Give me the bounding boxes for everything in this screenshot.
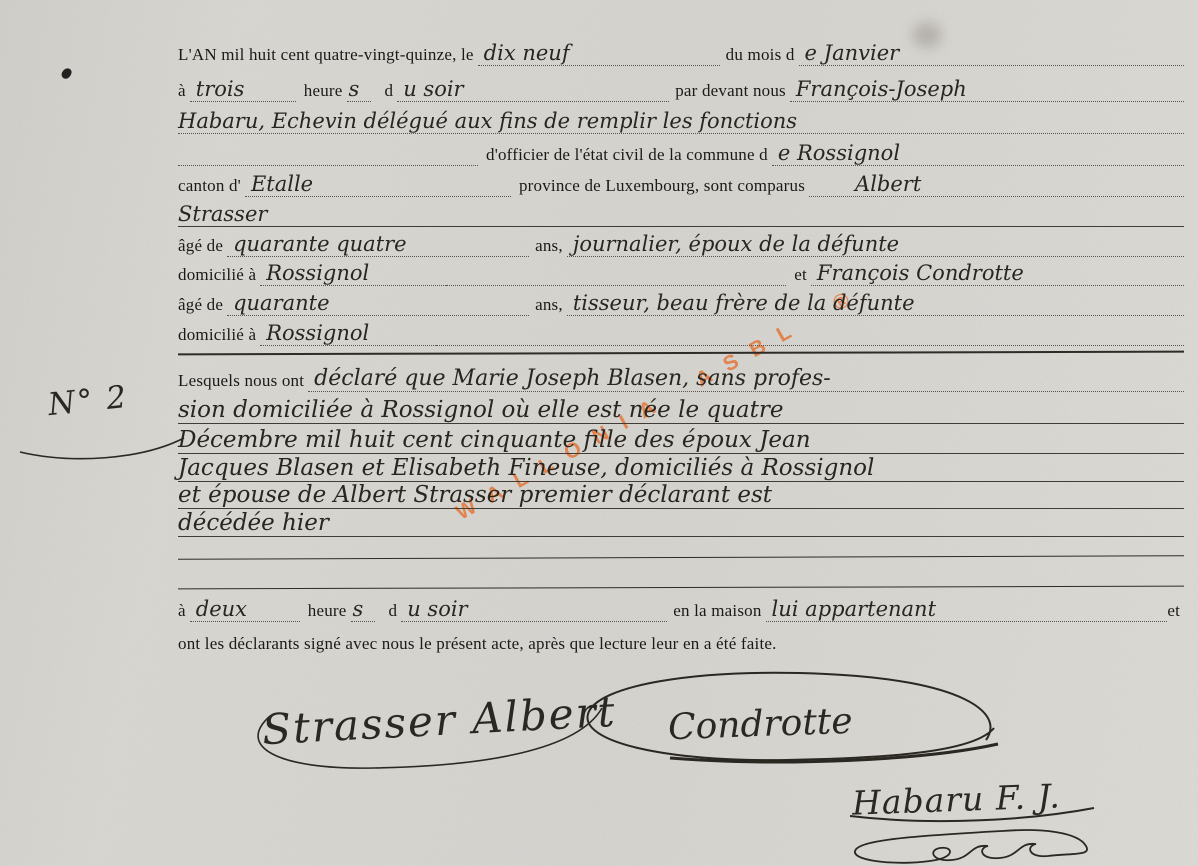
death-record-scan-page: WALLONIA ASBL ® N° 2 L'AN mil huit cent … [0, 0, 1198, 866]
printed-closing-sentence: ont les déclarants signé avec nous le pr… [178, 634, 781, 655]
printed-segment: heure [308, 601, 351, 622]
section-divider-rule [178, 351, 1184, 356]
printed-segment: ans, [535, 236, 567, 257]
margin-note-flourish [16, 428, 191, 466]
ink-blot [60, 67, 73, 81]
margin-note-act-number: N° 2 [46, 379, 130, 423]
handwritten-officer-name-title: Habaru, Echevin délégué aux fins de remp… [178, 109, 1184, 134]
handwritten-month: e Janvier [799, 41, 1184, 66]
handwritten-hour: trois [190, 77, 296, 102]
printed-segment: canton d' [178, 176, 245, 197]
blank-ruled-line [178, 586, 1184, 590]
handwritten-plural-s: s [351, 597, 375, 622]
printed-segment: L'AN mil huit cent quatre-vingt-quinze, … [178, 45, 478, 66]
handwritten-declaration: et épouse de Albert Strasser premier déc… [178, 482, 1184, 509]
printed-segment: d'officier de l'état civil de la commune… [486, 145, 772, 166]
printed-segment: en la maison [673, 601, 765, 622]
handwritten-commune: e Rossignol [772, 141, 1184, 166]
handwritten-period: u soir [397, 77, 669, 102]
handwritten-hour: deux [190, 597, 300, 622]
ruled-fill [446, 284, 786, 286]
form-line-declarant1-domicile: domicilié à Rossignol et François Condro… [178, 258, 1184, 286]
handwritten-declaration: déclaré que Marie Joseph Blasen, sans pr… [308, 366, 1184, 392]
ruled-fill [436, 344, 1184, 346]
signature-declarant2: Condrotte [667, 701, 853, 748]
handwritten-officer-firstname: François-Joseph [790, 77, 1184, 102]
form-line-death-hour-place: à deux heure s d u soir en la maison lui… [178, 594, 1184, 622]
handwritten-domicile: Rossignol [260, 261, 446, 286]
blank-ruled-line [178, 555, 1184, 560]
printed-segment: du mois d [726, 45, 799, 66]
printed-segment: et [1167, 601, 1184, 622]
printed-segment: domicilié à [178, 325, 260, 346]
printed-segment: par devant nous [675, 81, 790, 102]
ruled-fill [337, 535, 1184, 537]
handwritten-occupation-relation: tisseur, beau frère de la défunte [567, 291, 1184, 316]
handwritten-declaration: sion domiciliée à Rossignol où elle est … [178, 397, 1184, 424]
printed-segment: et [794, 265, 811, 286]
form-line-declaration-start: Lesquels nous ont déclaré que Marie Jose… [178, 364, 1184, 392]
form-line-year-date: L'AN mil huit cent quatre-vingt-quinze, … [178, 38, 1184, 66]
ruled-fill [178, 164, 478, 166]
form-line-closing: ont les déclarants signé avec nous le pr… [178, 627, 1184, 655]
printed-segment: à [178, 601, 190, 622]
form-line-declaration-end: décédée hier [178, 509, 1184, 537]
handwritten-declaration: décédée hier [178, 510, 337, 537]
handwritten-occupation-relation: journalier, époux de la défunte [567, 232, 1184, 257]
handwritten-canton: Etalle [245, 172, 511, 197]
handwritten-period: u soir [401, 597, 667, 622]
handwritten-declaration: Jacques Blasen et Elisabeth Fineuse, dom… [178, 455, 1184, 482]
printed-segment: âgé de [178, 295, 227, 316]
form-line-declarant1-age: âgé de quarante quatre ans, journalier, … [178, 229, 1184, 257]
printed-segment: d [389, 601, 402, 622]
handwritten-plural-s: s [347, 77, 371, 102]
form-line-declaration: et épouse de Albert Strasser premier déc… [178, 481, 1184, 509]
printed-segment: âgé de [178, 236, 227, 257]
handwritten-house-owner: lui appartenant [766, 597, 1168, 622]
form-line-declarant2-age: âgé de quarante ans, tisseur, beau frère… [178, 288, 1184, 316]
form-line-declaration: Jacques Blasen et Elisabeth Fineuse, dom… [178, 454, 1184, 482]
handwritten-declarant1-surname: Strasser [178, 202, 1184, 227]
form-line-declaration: Décembre mil huit cent cinquante fille d… [178, 426, 1184, 454]
form-line-officer-title: Habaru, Echevin délégué aux fins de remp… [178, 106, 1184, 134]
printed-segment: province de Luxembourg, sont comparus [519, 176, 809, 197]
form-line-hour-officer: à trois heure s d u soir par devant nous… [178, 74, 1184, 102]
printed-segment: d [385, 81, 398, 102]
printed-segment: Lesquels nous ont [178, 371, 308, 392]
form-line-declarant1-surname: Strasser [178, 199, 1184, 227]
handwritten-age: quarante quatre [227, 232, 529, 257]
signature-declarant1: Strasser Albert [261, 687, 618, 754]
printed-segment: à [178, 81, 190, 102]
handwritten-declarant2-name: François Condrotte [811, 261, 1184, 286]
form-line-canton-province: canton d' Etalle province de Luxembourg,… [178, 169, 1184, 197]
printed-segment: heure [304, 81, 347, 102]
printed-segment: ans, [535, 295, 567, 316]
handwritten-declaration: Décembre mil huit cent cinquante fille d… [178, 427, 1184, 454]
handwritten-day: dix neuf [478, 41, 720, 66]
signature-officer: Habaru F. J. [851, 776, 1061, 822]
handwritten-domicile: Rossignol [260, 321, 436, 346]
form-line-declaration: sion domiciliée à Rossignol où elle est … [178, 396, 1184, 424]
printed-segment: domicilié à [178, 265, 260, 286]
handwritten-age: quarante [227, 291, 529, 316]
form-line-declarant2-domicile: domicilié à Rossignol [178, 318, 1184, 346]
form-line-commune: d'officier de l'état civil de la commune… [178, 138, 1184, 166]
handwritten-declarant1-firstname: Albert [809, 172, 1184, 197]
